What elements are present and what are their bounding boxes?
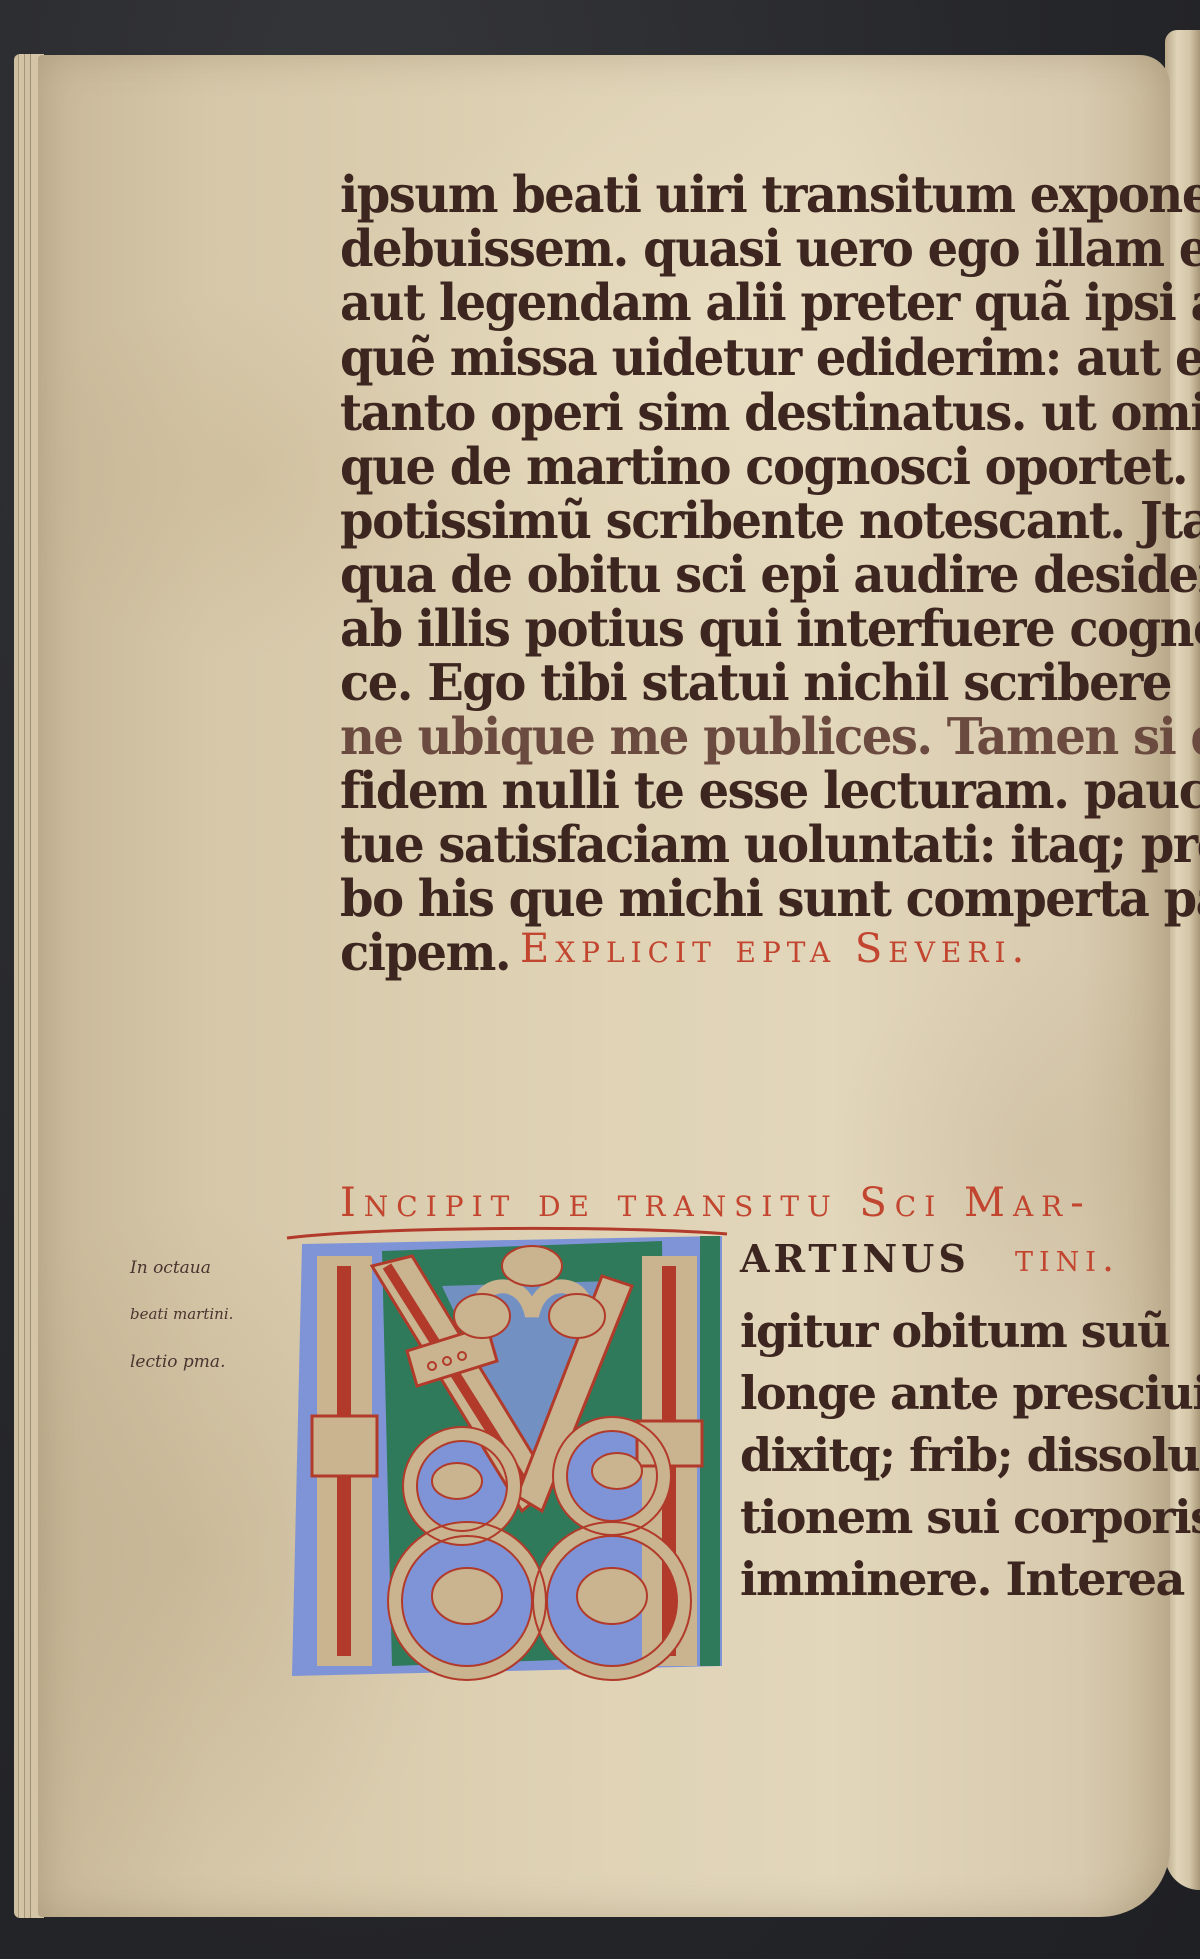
text-line: ce. Ego tibi statui nichil scribere — [340, 658, 1171, 708]
marginal-note-line: In octaua — [130, 1258, 211, 1278]
text-line: bo his que michi sunt comperta parti — [340, 874, 1200, 924]
marginal-note-line: beati martini. — [130, 1305, 233, 1323]
marginal-note-line: lectio pma. — [130, 1352, 225, 1372]
text-line: debuissem. quasi uero ego illam eplam — [340, 224, 1200, 274]
column-line: longe ante presciuit. — [740, 1370, 1200, 1416]
rubric-tini: tini. — [1015, 1236, 1120, 1280]
text-line: aut legendam alii preter quã ipsi ad — [340, 278, 1200, 328]
text-line: fidem nulli te esse lecturam. paucis — [340, 766, 1200, 816]
column-heading: ARTINUS — [740, 1240, 970, 1278]
column-line: imminere. Interea — [740, 1556, 1184, 1602]
text-line: que de martino cognosci oportet. me — [340, 442, 1200, 492]
text-line: ipsum beati uiri transitum exponere — [340, 170, 1200, 220]
column-line: tionem sui corporis — [740, 1494, 1200, 1540]
text-line: ab illis potius qui interfuere cognos — [340, 604, 1200, 654]
text-line: ne ubique me publices. Tamen si dã — [340, 712, 1200, 762]
column-line: igitur obitum suũ — [740, 1308, 1169, 1354]
illuminated-initial-m — [282, 1226, 732, 1688]
text-line: tanto operi sim destinatus. ut omia — [340, 388, 1200, 438]
rubric-explicit: Explicit epta Severi. — [520, 926, 1030, 972]
column-line: dixitq; frib; dissolu — [740, 1432, 1199, 1478]
initial-m-icon — [282, 1226, 732, 1688]
text-line: cipem. — [340, 928, 510, 978]
text-line: tue satisfaciam uoluntati: itaq; presta — [340, 820, 1200, 870]
text-line: quẽ missa uidetur ediderim: aut ego — [340, 333, 1200, 383]
text-line: potissimũ scribente notescant. Jtaq; si — [340, 496, 1200, 546]
text-line: qua de obitu sci epi audire desideras. — [340, 550, 1200, 600]
rubric-incipit: Incipit de transitu Sci Mar- — [340, 1180, 1092, 1226]
